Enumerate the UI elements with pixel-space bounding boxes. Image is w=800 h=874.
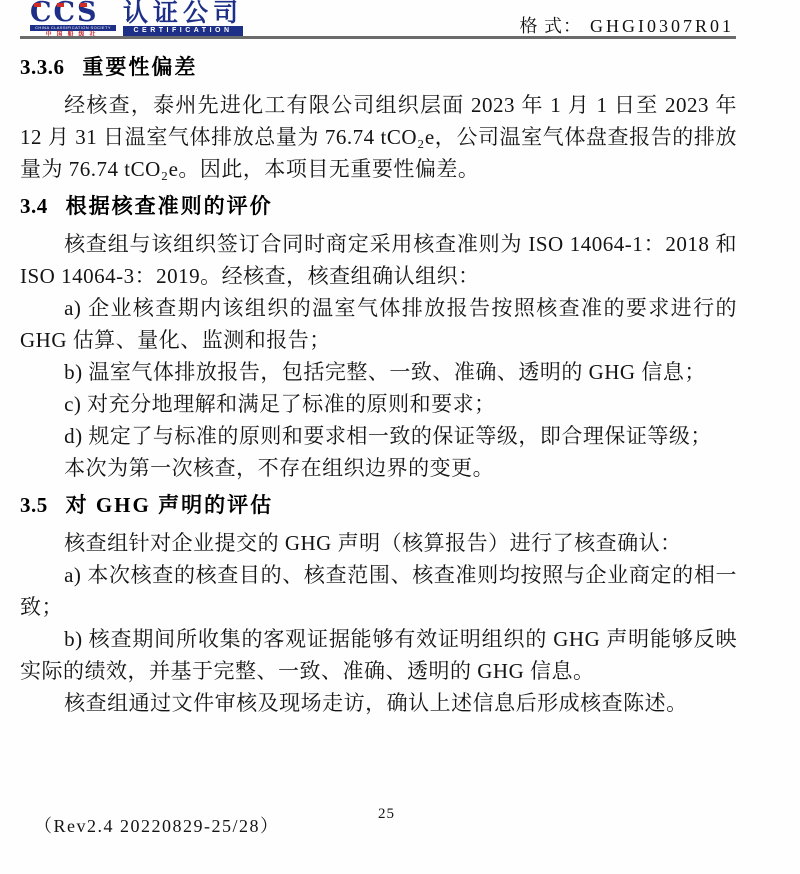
- paragraph-list-item-a: a) 企业核查期内该组织的温室气体排放报告按照核查准的要求进行的 GHG 估算、…: [20, 292, 737, 356]
- header-divider: [20, 36, 736, 39]
- ccs-logo: CCS CHINA CLASSIFICATION SOCIETY 中国船级社 认…: [30, 2, 243, 39]
- section-number: 3.4: [20, 194, 48, 218]
- certification-company-en: CERTIFICATION: [123, 26, 243, 36]
- section-number: 3.5: [20, 493, 48, 517]
- section-heading-3-5: 3.5对 GHG 声明的评估: [20, 489, 737, 521]
- paragraph: 本次为第一次核查，不存在组织边界的变更。: [20, 452, 737, 484]
- ccs-logo-text: CCS: [30, 2, 116, 24]
- section-heading-3-3-6: 3.3.6重要性偏差: [20, 51, 737, 83]
- section-title: 对 GHG 声明的评估: [66, 493, 274, 517]
- ccs-red-accent-icon: [57, 3, 64, 7]
- paragraph: 核查组与该组织签订合同时商定采用核查准则为 ISO 14064-1：2018 和…: [20, 228, 737, 292]
- paragraph-list-item-d: d) 规定了与标准的原则和要求相一致的保证等级，即合理保证等级；: [20, 420, 737, 452]
- page-number: 25: [378, 806, 395, 823]
- format-value: GHGI0307R01: [590, 16, 734, 36]
- ccs-red-accent-icon: [80, 3, 87, 7]
- section-title: 根据核查准则的评价: [66, 194, 273, 218]
- revision-footer: （Rev2.4 20220829-25/28）: [34, 812, 280, 838]
- paragraph-list-item-b: b) 核查期间所收集的客观证据能够有效证明组织的 GHG 声明能够反映实际的绩效…: [20, 623, 737, 687]
- ccs-logo-right: 认证公司 CERTIFICATION: [123, 2, 243, 36]
- paragraph: 核查组通过文件审核及现场走访，确认上述信息后形成核查陈述。: [20, 687, 737, 719]
- paragraph-list-item-b: b) 温室气体排放报告，包括完整、一致、准确、透明的 GHG 信息；: [20, 356, 737, 388]
- paragraph-list-item-a: a) 本次核查的核查目的、核查范围、核查准则均按照与企业商定的相一致；: [20, 559, 737, 623]
- format-label: 格 式：: [520, 16, 583, 36]
- paragraph: 经核查，泰州先进化工有限公司组织层面 2023 年 1 月 1 日至 2023 …: [20, 89, 737, 185]
- certification-company-cn: 认证公司: [123, 2, 243, 25]
- section-heading-3-4: 3.4根据核查准则的评价: [20, 190, 737, 222]
- format-code: 格 式：GHGI0307R01: [520, 12, 735, 38]
- section-title: 重要性偏差: [82, 55, 197, 79]
- document-body: 3.3.6重要性偏差 经核查，泰州先进化工有限公司组织层面 2023 年 1 月…: [20, 46, 737, 719]
- paragraph: 核查组针对企业提交的 GHG 声明（核算报告）进行了核查确认：: [20, 527, 737, 559]
- ccs-red-accent-icon: [34, 3, 41, 7]
- document-page: CCS CHINA CLASSIFICATION SOCIETY 中国船级社 认…: [0, 0, 800, 874]
- section-number: 3.3.6: [20, 55, 65, 79]
- ccs-logo-left: CCS CHINA CLASSIFICATION SOCIETY 中国船级社: [30, 2, 116, 39]
- paragraph-list-item-c: c) 对充分地理解和满足了标准的原则和要求；: [20, 388, 737, 420]
